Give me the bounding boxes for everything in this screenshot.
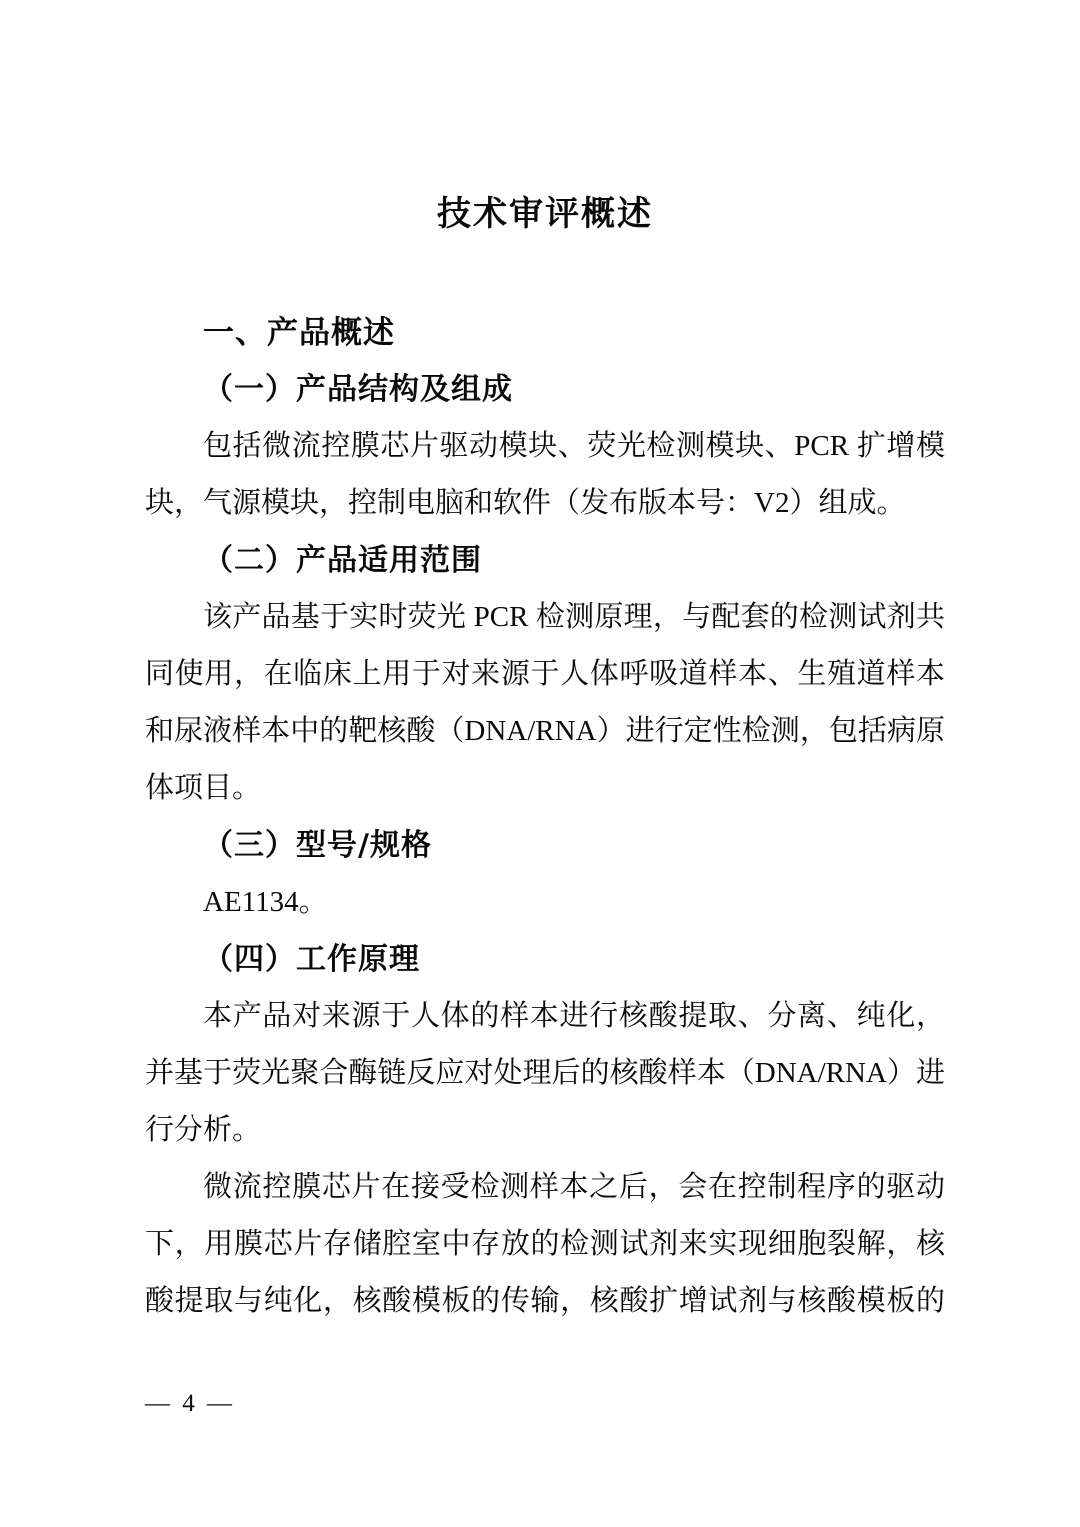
paragraph-line: 同使用，在临床上用于对来源于人体呼吸道样本、生殖道样本 <box>145 646 945 703</box>
paragraph-line: 和尿液样本中的靶核酸（DNA/RNA）进行定性检测，包括病原 <box>145 703 945 760</box>
document-content: 技术审评概述 一、产品概述 （一）产品结构及组成 包括微流控膜芯片驱动模块、荧光… <box>145 192 945 1330</box>
paragraph-line: 微流控膜芯片在接受检测样本之后，会在控制程序的驱动 <box>145 1159 945 1216</box>
paragraph-line: 该产品基于实时荧光 PCR 检测原理，与配套的检测试剂共 <box>145 589 945 646</box>
heading-chapter-product-overview: 一、产品概述 <box>145 304 945 361</box>
paragraph-line-model-number: AE1134。 <box>145 874 945 931</box>
paragraph-line: 块，气源模块，控制电脑和软件（发布版本号：V2）组成。 <box>145 475 945 532</box>
paragraph-line: 下，用膜芯片存储腔室中存放的检测试剂来实现细胞裂解，核 <box>145 1216 945 1273</box>
paragraph-line: 酸提取与纯化，核酸模板的传输，核酸扩增试剂与核酸模板的 <box>145 1273 945 1330</box>
heading-section-working-principle: （四）工作原理 <box>145 931 945 988</box>
paragraph-line: 包括微流控膜芯片驱动模块、荧光检测模块、PCR 扩增模 <box>145 418 945 475</box>
paragraph-line: 行分析。 <box>145 1102 945 1159</box>
document-page: 技术审评概述 一、产品概述 （一）产品结构及组成 包括微流控膜芯片驱动模块、荧光… <box>0 0 1080 1527</box>
heading-section-scope-of-use: （二）产品适用范围 <box>145 532 945 589</box>
paragraph-line: 并基于荧光聚合酶链反应对处理后的核酸样本（DNA/RNA）进 <box>145 1045 945 1102</box>
paragraph-line: 体项目。 <box>145 760 945 817</box>
page-number: — 4 — <box>145 1388 235 1420</box>
heading-section-structure-composition: （一）产品结构及组成 <box>145 361 945 418</box>
heading-section-model-specification: （三）型号/规格 <box>145 817 945 874</box>
document-title: 技术审评概述 <box>145 192 945 236</box>
paragraph-line: 本产品对来源于人体的样本进行核酸提取、分离、纯化， <box>145 988 945 1045</box>
